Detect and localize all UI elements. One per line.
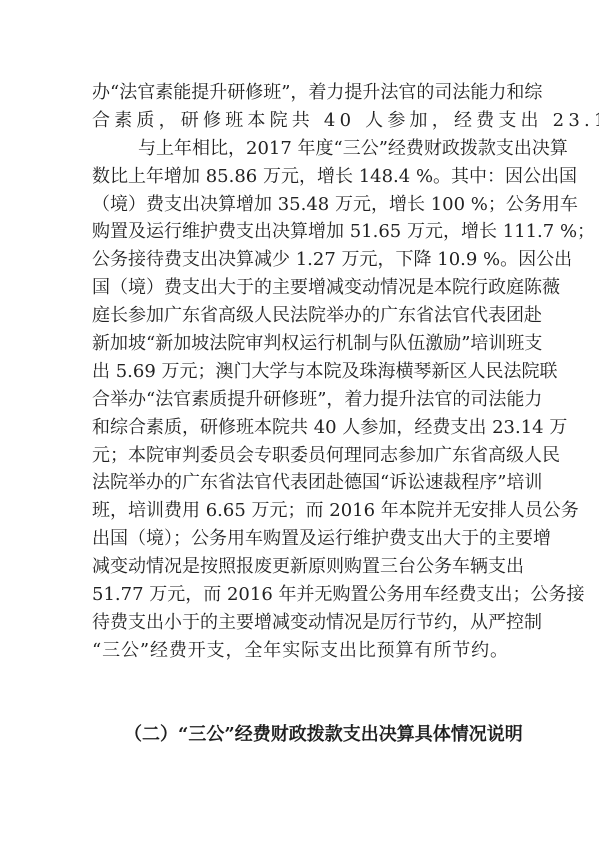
text-line: 公务接待费支出决算减少 1.27 万元，下降 10.9 %。因公出: [92, 246, 508, 274]
text-line: 购置及运行维护费支出决算增加 51.65 万元，增长 111.7 %；: [92, 218, 508, 246]
text-line: 班，培训费用 6.65 万元；而 2016 年本院并无安排人员公务: [92, 497, 508, 525]
text-line: 新加坡“新加坡法院审判权运行机制与队伍激励”培训班支: [92, 330, 508, 358]
section-heading: （二）“三公”经费财政拨款支出决算具体情况说明: [124, 721, 504, 749]
text-line: 法院举办的广东省法官代表团赴德国“诉讼速裁程序”培训: [92, 469, 508, 497]
text-line: 减变动情况是按照报废更新原则购置三台公务车辆支出: [92, 553, 508, 581]
text-line: 合素质，研修班本院共 40 人参加，经费支出 23.14 万元。: [92, 107, 508, 135]
text-line: （境）费支出决算增加 35.48 万元，增长 100 %；公务用车: [92, 191, 508, 219]
text-line: 合举办“法官素质提升研修班”，着力提升法官的司法能力: [92, 386, 508, 414]
text-line: [92, 665, 508, 693]
text-line: 国（境）费支出大于的主要增减变动情况是本院行政庭陈薇: [92, 274, 508, 302]
text-line: 和综合素质，研修班本院共 40 人参加，经费支出 23.14 万: [92, 414, 508, 442]
text-line: 出 5.69 万元；澳门大学与本院及珠海横琴新区人民法院联: [92, 358, 508, 386]
text-line: 出国（境）；公务用车购置及运行维护费支出大于的主要增: [92, 525, 508, 553]
document-page: 办“法官素能提升研修班”，着力提升法官的司法能力和综 合素质，研修班本院共 40…: [0, 0, 599, 846]
text-line: 数比上年增加 85.86 万元，增长 148.4 %。其中：因公出国: [92, 163, 508, 191]
text-line: 51.77 万元，而 2016 年并无购置公务用车经费支出；公务接: [92, 581, 508, 609]
text-line: “三公”经费开支，全年实际支出比预算有所节约。: [92, 637, 508, 665]
text-line: 办“法官素能提升研修班”，着力提升法官的司法能力和综: [92, 79, 508, 107]
text-line: 庭长参加广东省高级人民法院举办的广东省法官代表团赴: [92, 302, 508, 330]
text-line: 元；本院审判委员会专职委员何理同志参加广东省高级人民: [92, 442, 508, 470]
text-line: 待费支出小于的主要增减变动情况是厉行节约，从严控制: [92, 609, 508, 637]
text-line-indented: 与上年相比，2017 年度“三公”经费财政拨款支出决算: [92, 135, 508, 163]
body-text: 办“法官素能提升研修班”，着力提升法官的司法能力和综 合素质，研修班本院共 40…: [92, 79, 508, 693]
